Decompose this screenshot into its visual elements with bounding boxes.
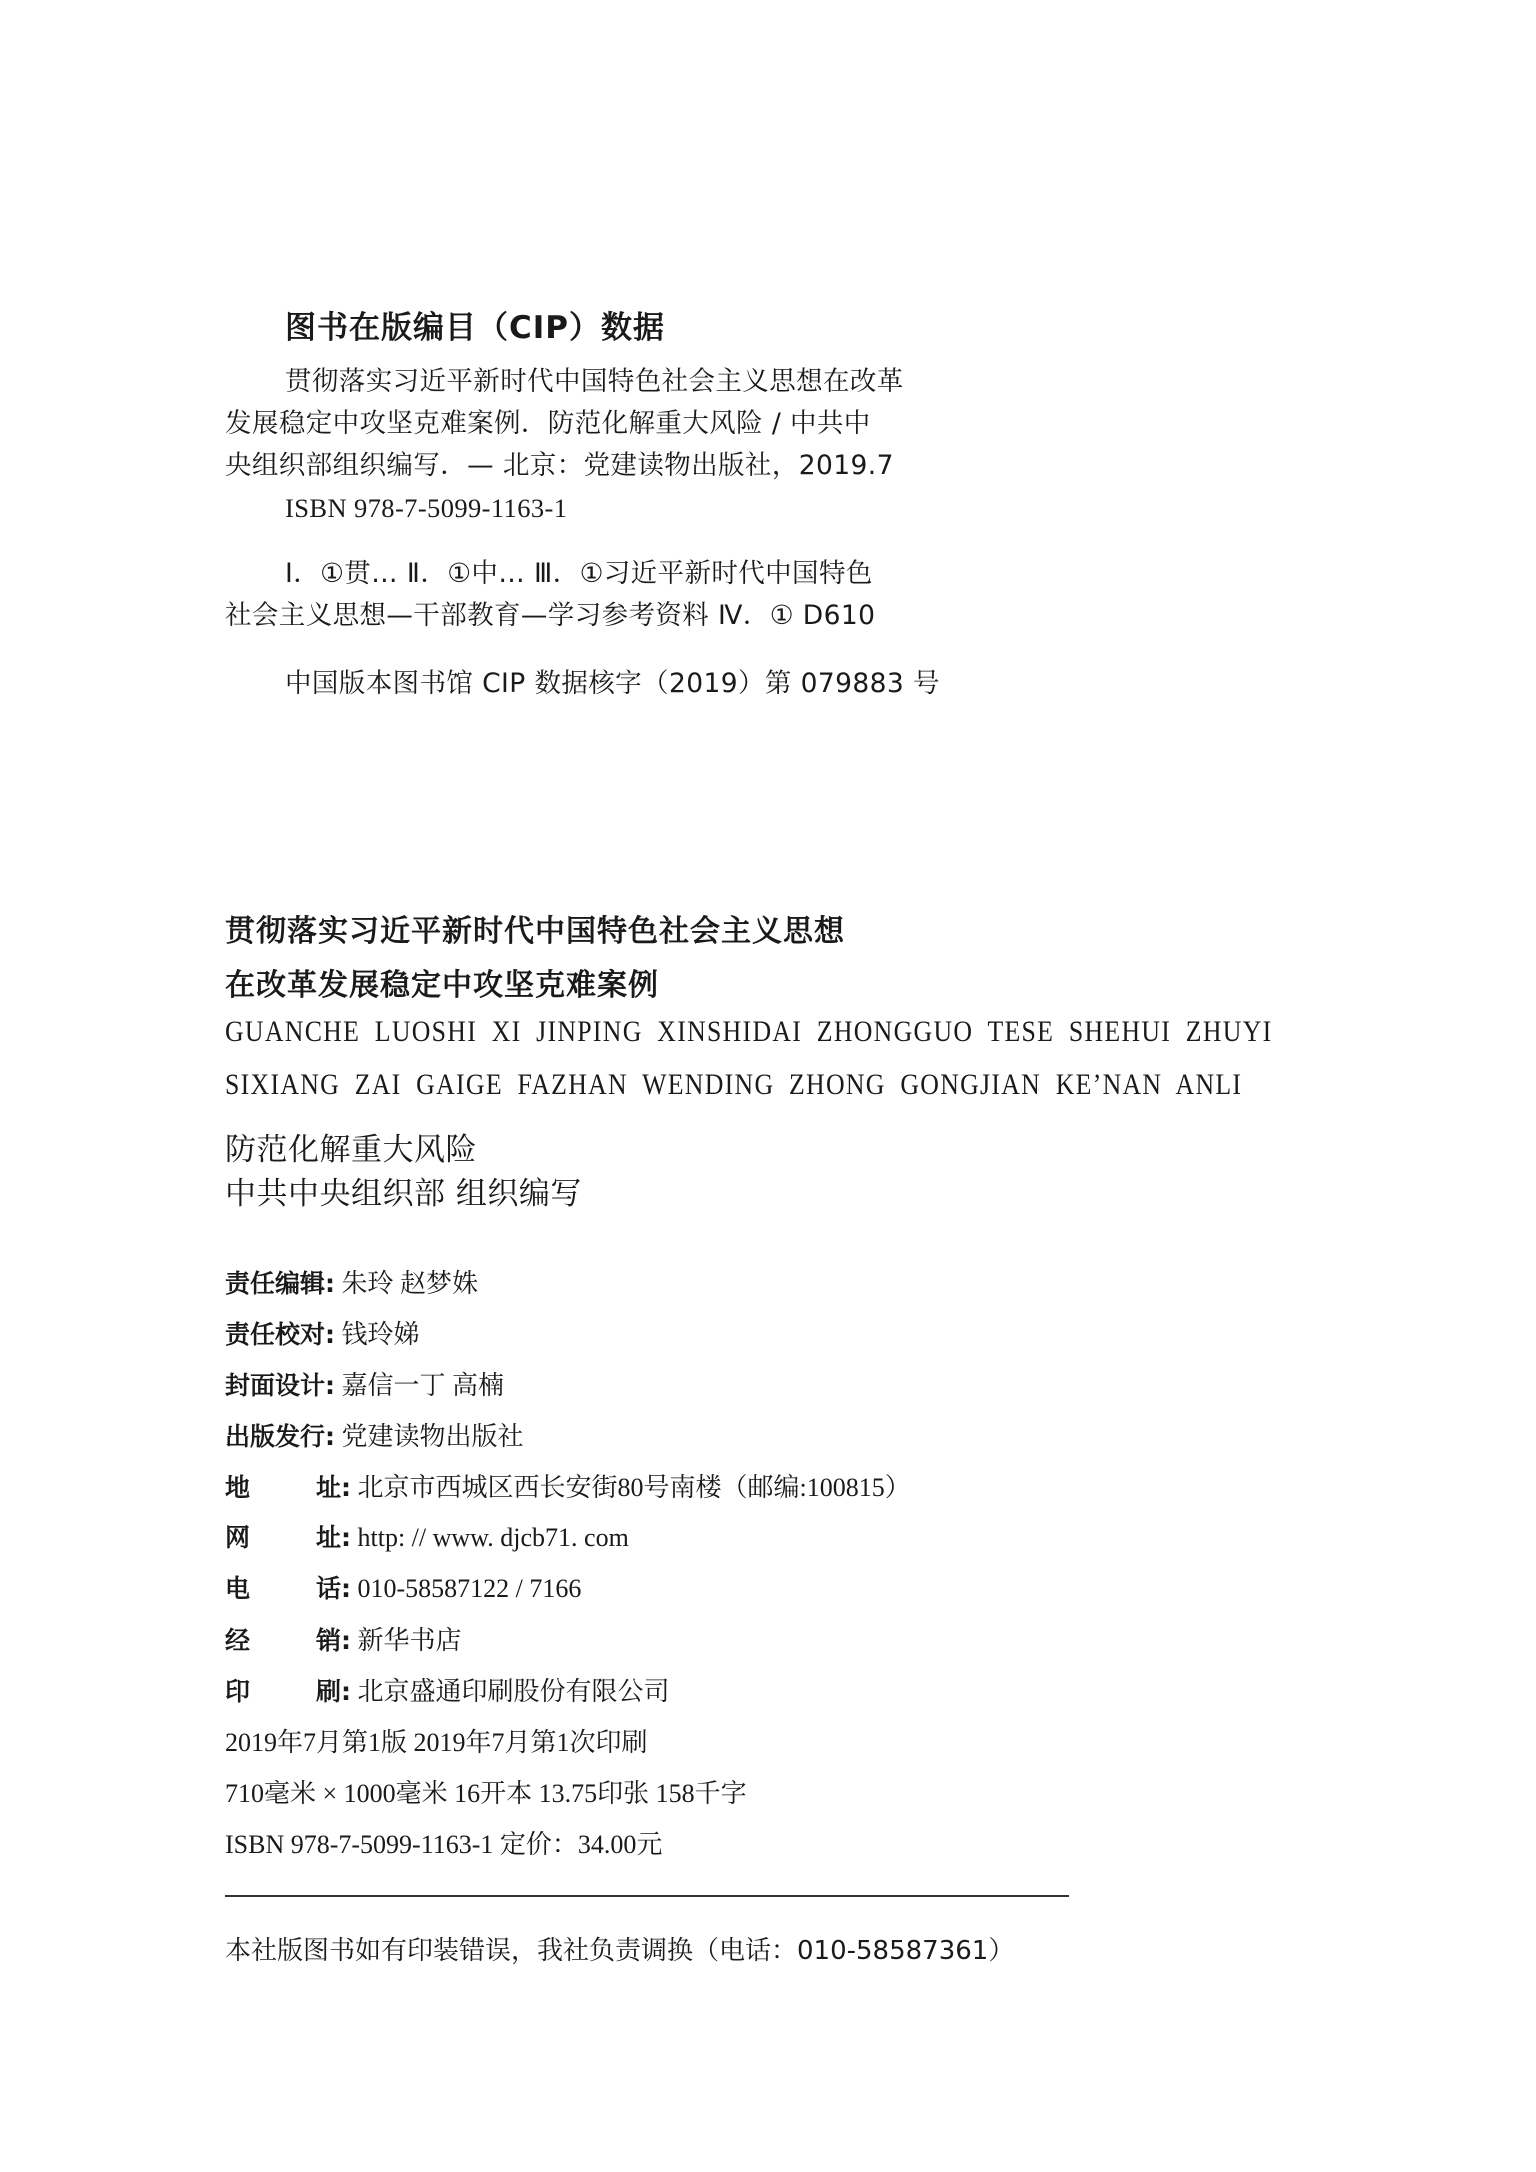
cip-class-line-2: 社会主义思想—干部教育—学习参考资料 Ⅳ．① D610 xyxy=(225,596,875,636)
credit-label: 网址 xyxy=(225,1518,341,1554)
cip-desc-line-2: 发展稳定中攻坚克难案例．防范化解重大风险 / 中共中 xyxy=(225,404,871,444)
label-char: 经 xyxy=(225,1621,250,1657)
label-char: 刷 xyxy=(316,1672,341,1708)
label-char: 址 xyxy=(316,1518,341,1554)
pinyin-line-2: SIXIANG ZAI GAIGE FAZHAN WENDING ZHONG G… xyxy=(225,1068,1242,1102)
credit-value: 党建读物出版社 xyxy=(342,1416,524,1453)
credit-label: 责任编辑 xyxy=(225,1264,325,1300)
label-char: 址 xyxy=(316,1468,341,1504)
credit-value: 北京市西城区西长安街80号南楼（邮编:100815） xyxy=(358,1467,911,1504)
label-char: 销 xyxy=(316,1621,341,1657)
colon: : xyxy=(325,1320,335,1349)
colon: : xyxy=(341,1523,351,1552)
colon: : xyxy=(325,1422,335,1451)
cip-desc-line-1: 贯彻落实习近平新时代中国特色社会主义思想在改革 xyxy=(285,362,904,402)
credit-editor: 责任编辑: 朱玲 赵梦姝 xyxy=(225,1263,478,1300)
cip-desc-line-3: 央组织部组织编写．— 北京：党建读物出版社，2019.7 xyxy=(225,446,894,486)
credit-label: 电话 xyxy=(225,1569,341,1605)
credit-phone: 电话: 010-58587122 / 7166 xyxy=(225,1569,581,1605)
credit-label: 经销 xyxy=(225,1621,341,1657)
credit-printer: 印刷: 北京盛通印刷股份有限公司 xyxy=(225,1671,670,1708)
credit-value: 新华书店 xyxy=(358,1620,462,1657)
label-char: 电 xyxy=(225,1569,250,1605)
colon: : xyxy=(341,1626,351,1655)
credit-value: 嘉信一丁 高楠 xyxy=(342,1365,505,1402)
book-subtitle: 防范化解重大风险 xyxy=(225,1124,477,1169)
pinyin-line-1: GUANCHE LUOSHI XI JINPING XINSHIDAI ZHON… xyxy=(225,1015,1273,1049)
credit-label: 地址 xyxy=(225,1468,341,1504)
website-link[interactable]: http: // www. djcb71. com xyxy=(358,1523,629,1553)
colon: : xyxy=(341,1677,351,1706)
divider-rule xyxy=(225,1895,1069,1897)
colon: : xyxy=(341,1574,351,1603)
credit-website: 网址: http: // www. djcb71. com xyxy=(225,1518,629,1554)
isbn-price: ISBN 978-7-5099-1163-1 定价：34.00元 xyxy=(225,1824,662,1861)
cip-verification: 中国版本图书馆 CIP 数据核字（2019）第 079883 号 xyxy=(285,664,940,704)
credit-distributor: 经销: 新华书店 xyxy=(225,1620,462,1657)
credit-label: 封面设计 xyxy=(225,1366,325,1402)
credit-value: 朱玲 赵梦姝 xyxy=(342,1263,479,1300)
cip-heading: 图书在版编目（CIP）数据 xyxy=(285,302,665,347)
credit-address: 地址: 北京市西城区西长安街80号南楼（邮编:100815） xyxy=(225,1467,911,1504)
credit-label: 责任校对 xyxy=(225,1315,325,1351)
credit-proofreader: 责任校对: 钱玲娣 xyxy=(225,1314,420,1351)
credit-label: 印刷 xyxy=(225,1672,341,1708)
specs-info: 710毫米 × 1000毫米 16开本 13.75印张 158千字 xyxy=(225,1773,747,1810)
colon: : xyxy=(325,1269,335,1298)
book-title-line-1: 贯彻落实习近平新时代中国特色社会主义思想 xyxy=(225,906,845,950)
credit-publisher: 出版发行: 党建读物出版社 xyxy=(225,1416,524,1453)
book-title-line-2: 在改革发展稳定中攻坚克难案例 xyxy=(225,960,659,1004)
footer-note: 本社版图书如有印装错误，我社负责调换（电话：010-58587361） xyxy=(225,1930,1014,1967)
credit-cover-design: 封面设计: 嘉信一丁 高楠 xyxy=(225,1365,504,1402)
cip-class-line-1: Ⅰ．①贯… Ⅱ．①中… Ⅲ．①习近平新时代中国特色 xyxy=(285,554,873,594)
label-char: 印 xyxy=(225,1672,250,1708)
label-char: 网 xyxy=(225,1518,250,1554)
colon: : xyxy=(341,1473,351,1502)
label-char: 话 xyxy=(316,1569,341,1605)
colon: : xyxy=(325,1371,335,1400)
credit-value: 北京盛通印刷股份有限公司 xyxy=(358,1671,670,1708)
credit-value: 钱玲娣 xyxy=(342,1314,420,1351)
credit-label: 出版发行 xyxy=(225,1417,325,1453)
book-author: 中共中央组织部 组织编写 xyxy=(225,1168,582,1213)
label-char: 地 xyxy=(225,1468,250,1504)
cip-isbn: ISBN 978-7-5099-1163-1 xyxy=(285,488,567,528)
credit-value: 010-58587122 / 7166 xyxy=(358,1574,582,1604)
edition-info: 2019年7月第1版 2019年7月第1次印刷 xyxy=(225,1722,648,1759)
